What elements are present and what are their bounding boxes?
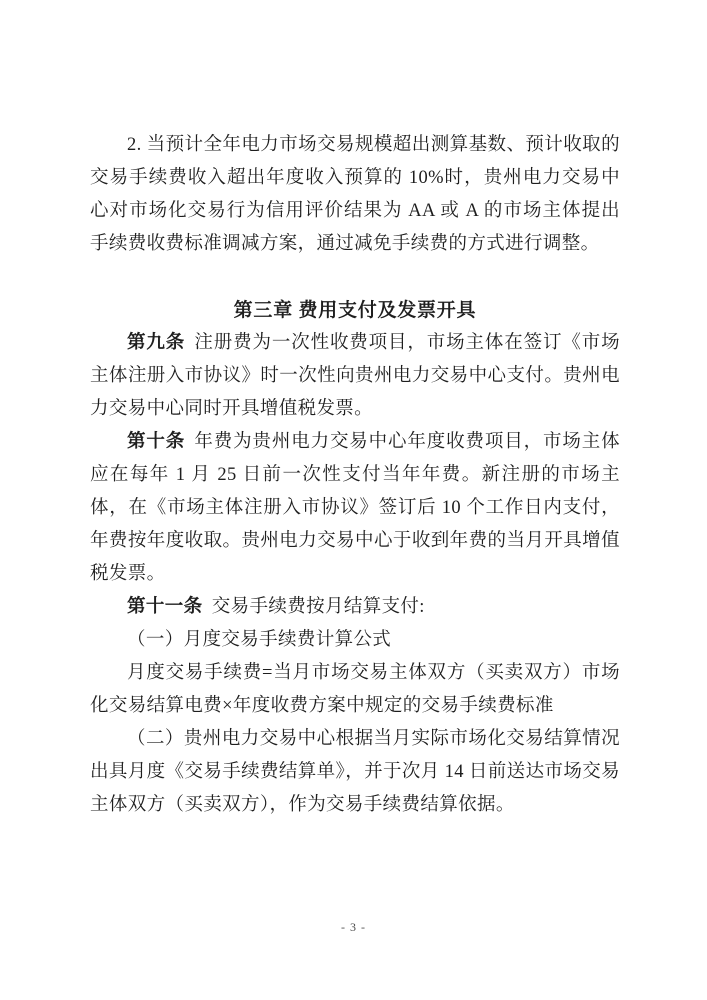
- article-10-paragraph: 第十条年费为贵州电力交易中心年度收费项目，市场主体应在每年 1 月 25 日前一…: [90, 426, 620, 591]
- article-11-text: 交易手续费按月结算支付:: [212, 597, 425, 617]
- clause-2-paragraph: （二）贵州电力交易中心根据当月实际市场化交易结算情况出具月度《交易手续费结算单》…: [90, 723, 620, 822]
- page-number: - 3 -: [0, 919, 707, 935]
- clause-1-title-paragraph: （一）月度交易手续费计算公式: [90, 624, 620, 657]
- article-9-number: 第九条: [127, 333, 185, 353]
- intro-paragraph: 2. 当预计全年电力市场交易规模超出测算基数、预计收取的交易手续费收入超出年度收…: [90, 129, 620, 261]
- article-9-paragraph: 第九条注册费为一次性收费项目，市场主体在签订《市场主体注册入市协议》时一次性向贵…: [90, 327, 620, 426]
- article-11-paragraph: 第十一条交易手续费按月结算支付:: [90, 591, 620, 624]
- page-content: 2. 当预计全年电力市场交易规模超出测算基数、预计收取的交易手续费收入超出年度收…: [90, 129, 620, 822]
- article-10-text: 年费为贵州电力交易中心年度收费项目，市场主体应在每年 1 月 25 日前一次性支…: [90, 432, 620, 584]
- article-11-number: 第十一条: [127, 597, 202, 617]
- article-10-number: 第十条: [127, 432, 185, 452]
- document-page: 2. 当预计全年电力市场交易规模超出测算基数、预计收取的交易手续费收入超出年度收…: [0, 0, 707, 1000]
- formula-paragraph: 月度交易手续费=当月市场交易主体双方（买卖双方）市场化交易结算电费×年度收费方案…: [90, 657, 620, 723]
- chapter-heading: 第三章 费用支付及发票开具: [90, 294, 620, 327]
